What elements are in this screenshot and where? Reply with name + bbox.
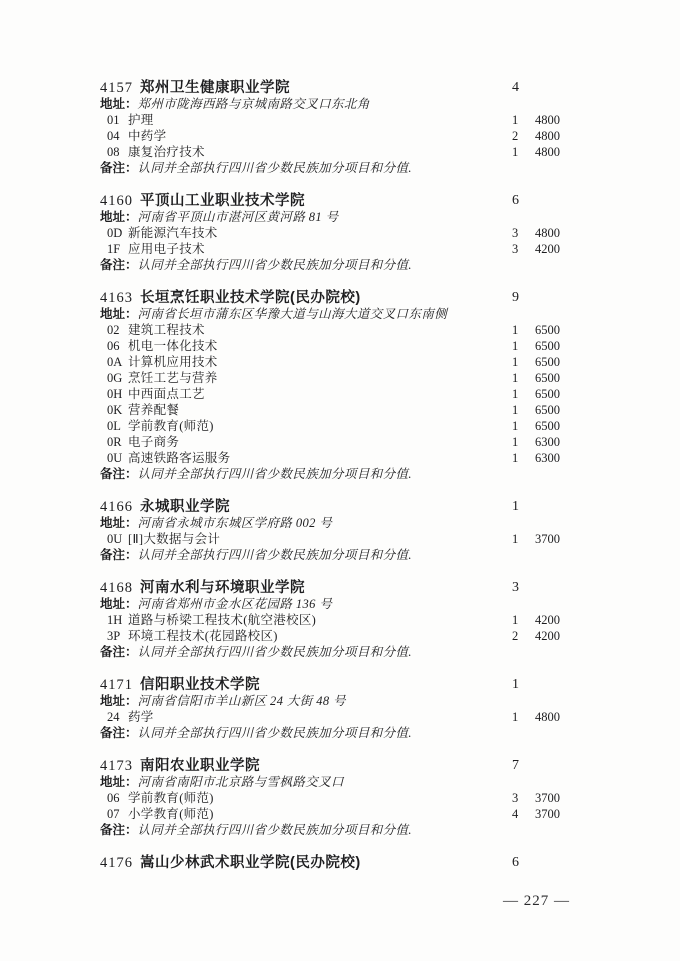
address-label: 地址： xyxy=(100,775,138,789)
college-list: 4157郑州卫生健康职业学院4地址：郑州市陇海西路与京城南路交叉口东北角01护理… xyxy=(100,80,560,888)
major-count: 1 xyxy=(512,354,518,370)
address-row: 地址：河南省永城市东城区学府路 002 号 xyxy=(100,515,560,531)
remark-label: 备注： xyxy=(100,161,138,175)
college-block: 4176嵩山少林武术职业学院(民办院校)6 xyxy=(100,855,560,871)
address-text: 河南省信阳市羊山新区 24 大街 48 号 xyxy=(138,694,346,708)
major-code: 07 xyxy=(107,806,128,822)
major-code: 0L xyxy=(107,418,128,434)
major-row: 0A计算机应用技术16500 xyxy=(100,354,560,370)
major-fee: 3700 xyxy=(520,806,560,822)
college-block: 4160平顶山工业职业技术学院6地址：河南省平顶山市湛河区黄河路 81 号0D新… xyxy=(100,193,560,273)
remark-row: 备注：认同并全部执行四川省少数民族加分项目和分值. xyxy=(100,466,560,482)
major-row: 0K营养配餐16500 xyxy=(100,402,560,418)
major-code: 01 xyxy=(107,112,128,128)
major-name: 中药学 xyxy=(128,129,166,143)
college-heading: 4176嵩山少林武术职业学院(民办院校)6 xyxy=(100,855,560,871)
major-count: 1 xyxy=(512,144,518,160)
major-code: 0H xyxy=(107,386,128,402)
major-count: 1 xyxy=(512,322,518,338)
major-count: 1 xyxy=(512,386,518,402)
major-name: 学前教育(师范) xyxy=(128,419,214,433)
major-fee: 6500 xyxy=(520,370,560,386)
major-name: [Ⅱ]大数据与会计 xyxy=(128,532,220,546)
major-name: 建筑工程技术 xyxy=(128,323,205,337)
college-plan-total: 3 xyxy=(512,580,519,596)
major-code: 0U xyxy=(107,450,128,466)
major-fee: 4800 xyxy=(520,128,560,144)
major-fee: 6500 xyxy=(520,418,560,434)
major-fee: 4800 xyxy=(520,709,560,725)
remark-label: 备注： xyxy=(100,823,138,837)
major-code: 0A xyxy=(107,354,128,370)
address-row: 地址：河南省郑州市金水区花园路 136 号 xyxy=(100,596,560,612)
major-row: 0G烹饪工艺与营养16500 xyxy=(100,370,560,386)
college-name: 平顶山工业职业技术学院 xyxy=(140,193,305,209)
major-fee: 4800 xyxy=(520,144,560,160)
major-fee: 6500 xyxy=(520,338,560,354)
major-fee: 6500 xyxy=(520,386,560,402)
major-row: 06机电一体化技术16500 xyxy=(100,338,560,354)
address-row: 地址：河南省长垣市蒲东区华豫大道与山海大道交叉口东南侧 xyxy=(100,306,560,322)
major-count: 2 xyxy=(512,128,518,144)
college-code: 4157 xyxy=(100,80,133,96)
address-row: 地址：河南省信阳市羊山新区 24 大街 48 号 xyxy=(100,693,560,709)
major-name: 新能源汽车技术 xyxy=(128,226,218,240)
address-label: 地址： xyxy=(100,97,138,111)
major-name: 药学 xyxy=(128,710,154,724)
college-block: 4157郑州卫生健康职业学院4地址：郑州市陇海西路与京城南路交叉口东北角01护理… xyxy=(100,80,560,176)
major-code: 24 xyxy=(107,709,128,725)
address-row: 地址：郑州市陇海西路与京城南路交叉口东北角 xyxy=(100,96,560,112)
address-label: 地址： xyxy=(100,210,138,224)
college-code: 4163 xyxy=(100,290,133,306)
major-row: 01护理14800 xyxy=(100,112,560,128)
college-plan-total: 9 xyxy=(512,290,519,306)
college-block: 4168河南水利与环境职业学院3地址：河南省郑州市金水区花园路 136 号1H道… xyxy=(100,580,560,660)
major-row: 07小学教育(师范)43700 xyxy=(100,806,560,822)
major-fee: 4800 xyxy=(520,225,560,241)
major-name: 环境工程技术(花园路校区) xyxy=(128,629,278,643)
major-row: 0R电子商务16300 xyxy=(100,434,560,450)
college-block: 4173南阳农业职业学院7地址：河南省南阳市北京路与雪枫路交叉口06学前教育(师… xyxy=(100,758,560,838)
remark-label: 备注： xyxy=(100,548,138,562)
major-fee: 4200 xyxy=(520,241,560,257)
major-count: 1 xyxy=(512,531,518,547)
major-fee: 6500 xyxy=(520,322,560,338)
major-name: 高速铁路客运服务 xyxy=(128,451,230,465)
major-count: 2 xyxy=(512,628,518,644)
college-code: 4176 xyxy=(100,855,133,871)
remark-text: 认同并全部执行四川省少数民族加分项目和分值. xyxy=(138,467,412,481)
major-count: 1 xyxy=(512,418,518,434)
college-heading: 4171信阳职业技术学院1 xyxy=(100,677,560,693)
college-code: 4166 xyxy=(100,499,133,515)
college-heading: 4173南阳农业职业学院7 xyxy=(100,758,560,774)
major-code: 3P xyxy=(107,628,128,644)
major-name: 小学教育(师范) xyxy=(128,807,214,821)
address-label: 地址： xyxy=(100,307,138,321)
major-name: 中西面点工艺 xyxy=(128,387,205,401)
address-row: 地址：河南省平顶山市湛河区黄河路 81 号 xyxy=(100,209,560,225)
major-code: 06 xyxy=(107,338,128,354)
major-code: 0D xyxy=(107,225,128,241)
college-name: 信阳职业技术学院 xyxy=(140,677,260,693)
college-plan-total: 4 xyxy=(512,80,519,96)
major-code: 06 xyxy=(107,790,128,806)
major-code: 0R xyxy=(107,434,128,450)
college-heading: 4168河南水利与环境职业学院3 xyxy=(100,580,560,596)
college-heading: 4160平顶山工业职业技术学院6 xyxy=(100,193,560,209)
college-heading: 4163长垣烹饪职业技术学院(民办院校)9 xyxy=(100,290,560,306)
major-fee: 4200 xyxy=(520,612,560,628)
remark-row: 备注：认同并全部执行四川省少数民族加分项目和分值. xyxy=(100,160,560,176)
address-label: 地址： xyxy=(100,694,138,708)
address-label: 地址： xyxy=(100,516,138,530)
major-fee: 3700 xyxy=(520,531,560,547)
remark-text: 认同并全部执行四川省少数民族加分项目和分值. xyxy=(138,258,412,272)
major-name: 计算机应用技术 xyxy=(128,355,218,369)
major-fee: 6300 xyxy=(520,434,560,450)
major-name: 应用电子技术 xyxy=(128,242,205,256)
college-heading: 4166永城职业学院1 xyxy=(100,499,560,515)
college-name: 郑州卫生健康职业学院 xyxy=(140,80,290,96)
college-block: 4171信阳职业技术学院1地址：河南省信阳市羊山新区 24 大街 48 号24药… xyxy=(100,677,560,741)
address-text: 河南省长垣市蒲东区华豫大道与山海大道交叉口东南侧 xyxy=(138,307,448,321)
major-row: 02建筑工程技术16500 xyxy=(100,322,560,338)
remark-row: 备注：认同并全部执行四川省少数民族加分项目和分值. xyxy=(100,644,560,660)
major-name: 烹饪工艺与营养 xyxy=(128,371,218,385)
major-count: 3 xyxy=(512,790,518,806)
college-code: 4173 xyxy=(100,758,133,774)
remark-label: 备注： xyxy=(100,726,138,740)
address-text: 河南省平顶山市湛河区黄河路 81 号 xyxy=(138,210,339,224)
major-count: 1 xyxy=(512,112,518,128)
major-count: 3 xyxy=(512,241,518,257)
remark-text: 认同并全部执行四川省少数民族加分项目和分值. xyxy=(138,645,412,659)
major-name: 道路与桥梁工程技术(航空港校区) xyxy=(128,613,316,627)
major-fee: 4200 xyxy=(520,628,560,644)
major-row: 24药学14800 xyxy=(100,709,560,725)
page-number: — 227 — xyxy=(503,893,570,910)
college-plan-total: 6 xyxy=(512,193,519,209)
major-name: 学前教育(师范) xyxy=(128,791,214,805)
major-name: 护理 xyxy=(128,113,154,127)
major-code: 08 xyxy=(107,144,128,160)
college-block: 4163长垣烹饪职业技术学院(民办院校)9地址：河南省长垣市蒲东区华豫大道与山海… xyxy=(100,290,560,482)
remark-label: 备注： xyxy=(100,258,138,272)
college-code: 4168 xyxy=(100,580,133,596)
address-text: 河南省郑州市金水区花园路 136 号 xyxy=(138,597,333,611)
remark-row: 备注：认同并全部执行四川省少数民族加分项目和分值. xyxy=(100,547,560,563)
college-heading: 4157郑州卫生健康职业学院4 xyxy=(100,80,560,96)
college-plan-total: 6 xyxy=(512,855,519,871)
remark-label: 备注： xyxy=(100,645,138,659)
major-count: 4 xyxy=(512,806,518,822)
major-count: 1 xyxy=(512,370,518,386)
major-fee: 6300 xyxy=(520,450,560,466)
major-count: 3 xyxy=(512,225,518,241)
address-row: 地址：河南省南阳市北京路与雪枫路交叉口 xyxy=(100,774,560,790)
major-count: 1 xyxy=(512,709,518,725)
major-name: 康复治疗技术 xyxy=(128,145,205,159)
major-code: 04 xyxy=(107,128,128,144)
remark-row: 备注：认同并全部执行四川省少数民族加分项目和分值. xyxy=(100,725,560,741)
address-text: 河南省南阳市北京路与雪枫路交叉口 xyxy=(138,775,344,789)
college-code: 4171 xyxy=(100,677,133,693)
college-name: 永城职业学院 xyxy=(140,499,230,515)
major-row: 1H道路与桥梁工程技术(航空港校区)14200 xyxy=(100,612,560,628)
major-count: 1 xyxy=(512,450,518,466)
college-name: 南阳农业职业学院 xyxy=(140,758,260,774)
admission-plan-page: 4157郑州卫生健康职业学院4地址：郑州市陇海西路与京城南路交叉口东北角01护理… xyxy=(0,0,680,961)
major-count: 1 xyxy=(512,612,518,628)
remark-text: 认同并全部执行四川省少数民族加分项目和分值. xyxy=(138,161,412,175)
college-name: 河南水利与环境职业学院 xyxy=(140,580,305,596)
major-row: 04中药学24800 xyxy=(100,128,560,144)
college-plan-total: 1 xyxy=(512,499,519,515)
major-row: 3P环境工程技术(花园路校区)24200 xyxy=(100,628,560,644)
remark-text: 认同并全部执行四川省少数民族加分项目和分值. xyxy=(138,726,412,740)
college-name: 长垣烹饪职业技术学院(民办院校) xyxy=(140,290,361,306)
major-code: 02 xyxy=(107,322,128,338)
major-count: 1 xyxy=(512,338,518,354)
address-text: 河南省永城市东城区学府路 002 号 xyxy=(138,516,333,530)
major-code: 1H xyxy=(107,612,128,628)
remark-row: 备注：认同并全部执行四川省少数民族加分项目和分值. xyxy=(100,822,560,838)
major-row: 0L学前教育(师范)16500 xyxy=(100,418,560,434)
major-fee: 4800 xyxy=(520,112,560,128)
major-row: 08康复治疗技术14800 xyxy=(100,144,560,160)
major-name: 机电一体化技术 xyxy=(128,339,218,353)
remark-text: 认同并全部执行四川省少数民族加分项目和分值. xyxy=(138,548,412,562)
college-plan-total: 1 xyxy=(512,677,519,693)
major-row: 0U高速铁路客运服务16300 xyxy=(100,450,560,466)
major-code: 0K xyxy=(107,402,128,418)
major-row: 0D新能源汽车技术34800 xyxy=(100,225,560,241)
remark-row: 备注：认同并全部执行四川省少数民族加分项目和分值. xyxy=(100,257,560,273)
major-code: 0U xyxy=(107,531,128,547)
college-plan-total: 7 xyxy=(512,758,519,774)
major-count: 1 xyxy=(512,402,518,418)
college-code: 4160 xyxy=(100,193,133,209)
major-code: 1F xyxy=(107,241,128,257)
major-row: 0U[Ⅱ]大数据与会计13700 xyxy=(100,531,560,547)
major-name: 电子商务 xyxy=(128,435,179,449)
major-code: 0G xyxy=(107,370,128,386)
major-fee: 6500 xyxy=(520,354,560,370)
major-fee: 3700 xyxy=(520,790,560,806)
remark-label: 备注： xyxy=(100,467,138,481)
major-fee: 6500 xyxy=(520,402,560,418)
major-count: 1 xyxy=(512,434,518,450)
address-label: 地址： xyxy=(100,597,138,611)
major-row: 1F应用电子技术34200 xyxy=(100,241,560,257)
college-name: 嵩山少林武术职业学院(民办院校) xyxy=(140,855,361,871)
address-text: 郑州市陇海西路与京城南路交叉口东北角 xyxy=(138,97,370,111)
major-name: 营养配餐 xyxy=(128,403,179,417)
major-row: 06学前教育(师范)33700 xyxy=(100,790,560,806)
major-row: 0H中西面点工艺16500 xyxy=(100,386,560,402)
college-block: 4166永城职业学院1地址：河南省永城市东城区学府路 002 号0U[Ⅱ]大数据… xyxy=(100,499,560,563)
remark-text: 认同并全部执行四川省少数民族加分项目和分值. xyxy=(138,823,412,837)
